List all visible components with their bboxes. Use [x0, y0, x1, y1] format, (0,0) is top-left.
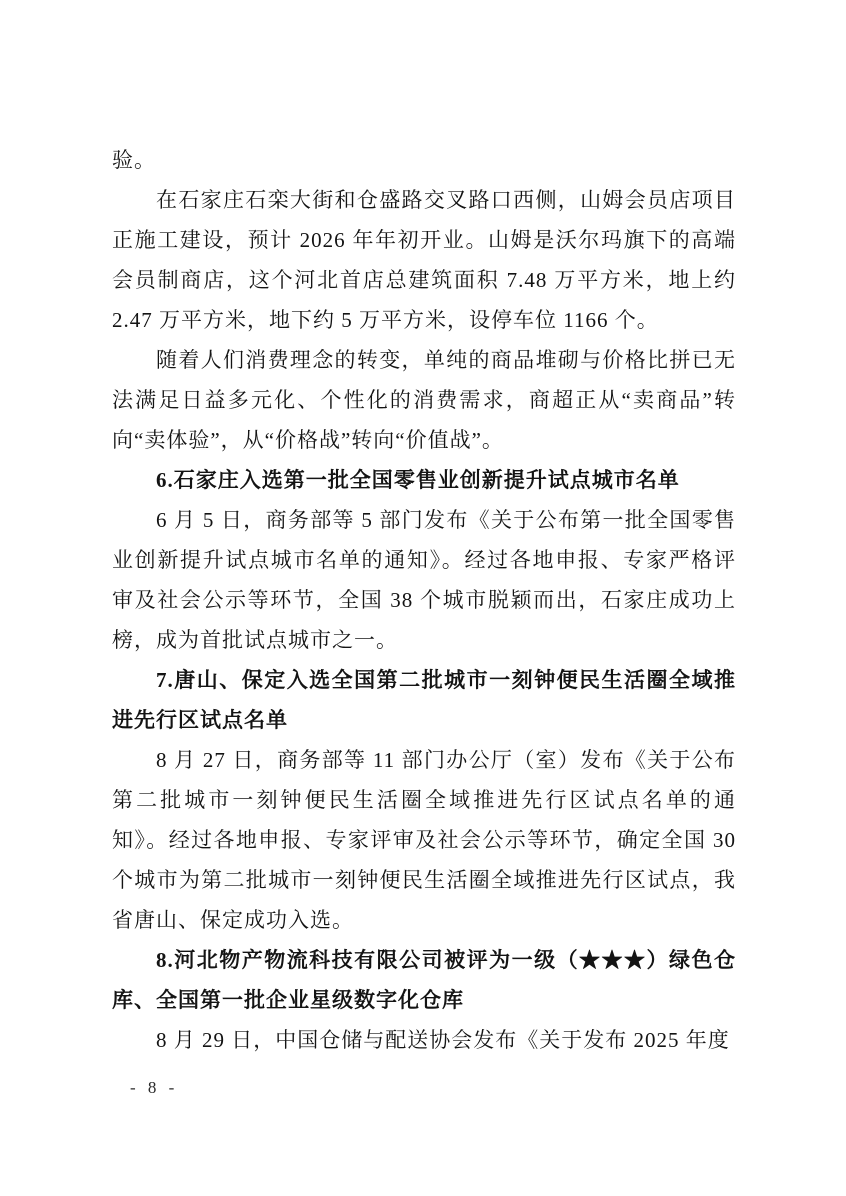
paragraph-section-8-body: 8 月 29 日，中国仓储与配送协会发布《关于发布 2025 年度: [112, 1020, 736, 1060]
section-heading-6: 6.石家庄入选第一批全国零售业创新提升试点城市名单: [112, 460, 736, 500]
section-heading-8: 8.河北物产物流科技有限公司被评为一级（★★★）绿色仓库、全国第一批企业星级数字…: [112, 940, 736, 1020]
paragraph-consumer-trends: 随着人们消费理念的转变，单纯的商品堆砌与价格比拼已无法满足日益多元化、个性化的消…: [112, 340, 736, 460]
paragraph-section-6-body: 6 月 5 日，商务部等 5 部门发布《关于公布第一批全国零售业创新提升试点城市…: [112, 500, 736, 660]
document-body: 验。 在石家庄石栾大街和仓盛路交叉路口西侧，山姆会员店项目正施工建设，预计 20…: [112, 140, 736, 1060]
page-number: - 8 -: [130, 1078, 178, 1098]
paragraph-section-7-body: 8 月 27 日，商务部等 11 部门办公厅（室）发布《关于公布第二批城市一刻钟…: [112, 740, 736, 940]
paragraph-sam-club: 在石家庄石栾大街和仓盛路交叉路口西侧，山姆会员店项目正施工建设，预计 2026 …: [112, 180, 736, 340]
paragraph-continuation: 验。: [112, 140, 736, 180]
document-page: 验。 在石家庄石栾大街和仓盛路交叉路口西侧，山姆会员店项目正施工建设，预计 20…: [0, 0, 846, 1196]
section-heading-7: 7.唐山、保定入选全国第二批城市一刻钟便民生活圈全域推进先行区试点名单: [112, 660, 736, 740]
